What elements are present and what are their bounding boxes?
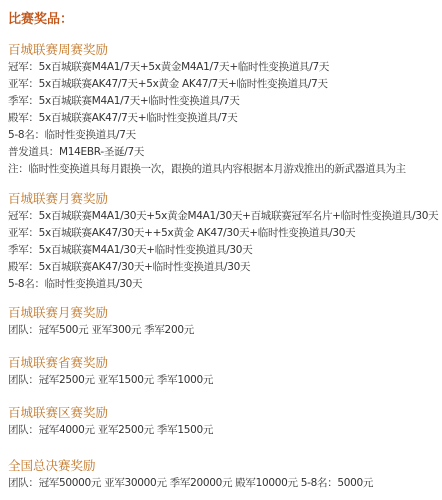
reward-line-fourth: 殿军：5x百城联赛AK47/30天+临时性变换道具/30天 bbox=[8, 259, 438, 276]
section-title: 百城联赛区赛奖励 bbox=[8, 403, 213, 422]
reward-line-runner-up: 亚军：5x百城联赛AK47/30天++5x黄金 AK47/30天+临时性变换道具… bbox=[8, 225, 438, 242]
reward-line-team: 团队：冠军4000元 亚军2500元 季军1500元 bbox=[8, 422, 213, 439]
section-regional-rewards: 百城联赛区赛奖励 团队：冠军4000元 亚军2500元 季军1500元 bbox=[8, 403, 213, 439]
page-title: 比赛奖品： bbox=[8, 8, 73, 27]
reward-line-fourth: 殿军：5x百城联赛AK47/7天+临时性变换道具/7天 bbox=[8, 110, 406, 127]
reward-line-5-8: 5-8名：临时性变换道具/7天 bbox=[8, 127, 406, 144]
reward-line-third: 季军：5x百城联赛M4A1/30天+临时性变换道具/30天 bbox=[8, 242, 438, 259]
section-weekly-rewards: 百城联赛周赛奖励 冠军：5x百城联赛M4A1/7天+5x黄金M4A1/7天+临时… bbox=[8, 40, 406, 178]
reward-line-champion: 冠军：5x百城联赛M4A1/30天+5x黄金M4A1/30天+百城联赛冠军名片+… bbox=[8, 208, 438, 225]
reward-line-third: 季军：5x百城联赛M4A1/7天+临时性变换道具/7天 bbox=[8, 93, 406, 110]
prize-document: 比赛奖品： 百城联赛周赛奖励 冠军：5x百城联赛M4A1/7天+5x黄金M4A1… bbox=[0, 0, 442, 500]
reward-line-team: 团队：冠军50000元 亚军30000元 季军20000元 殿军10000元 5… bbox=[8, 475, 373, 492]
reward-line-team: 团队：冠军2500元 亚军1500元 季军1000元 bbox=[8, 372, 213, 389]
reward-line-team: 团队：冠军500元 亚军300元 季军200元 bbox=[8, 322, 194, 339]
section-provincial-rewards: 百城联赛省赛奖励 团队：冠军2500元 亚军1500元 季军1000元 bbox=[8, 353, 213, 389]
reward-line-runner-up: 亚军：5x百城联赛AK47/7天+5x黄金 AK47/7天+临时性变换道具/7天 bbox=[8, 76, 406, 93]
section-title: 全国总决赛奖励 bbox=[8, 456, 373, 475]
reward-line-champion: 冠军：5x百城联赛M4A1/7天+5x黄金M4A1/7天+临时性变换道具/7天 bbox=[8, 59, 406, 76]
section-monthly-cash-rewards: 百城联赛月赛奖励 团队：冠军500元 亚军300元 季军200元 bbox=[8, 303, 194, 339]
reward-line-general: 普发道具：M14EBR-圣诞/7天 bbox=[8, 144, 406, 161]
section-title: 百城联赛月赛奖励 bbox=[8, 303, 194, 322]
reward-line-5-8: 5-8名：临时性变换道具/30天 bbox=[8, 276, 438, 293]
section-title: 百城联赛省赛奖励 bbox=[8, 353, 213, 372]
section-title: 百城联赛月赛奖励 bbox=[8, 189, 438, 208]
section-national-finals-rewards: 全国总决赛奖励 团队：冠军50000元 亚军30000元 季军20000元 殿军… bbox=[8, 456, 373, 492]
reward-note: 注：临时性变换道具每月跟换一次，跟换的道具内容根据本月游戏推出的新武器道具为主 bbox=[8, 161, 406, 178]
section-monthly-rewards: 百城联赛月赛奖励 冠军：5x百城联赛M4A1/30天+5x黄金M4A1/30天+… bbox=[8, 189, 438, 293]
section-title: 百城联赛周赛奖励 bbox=[8, 40, 406, 59]
